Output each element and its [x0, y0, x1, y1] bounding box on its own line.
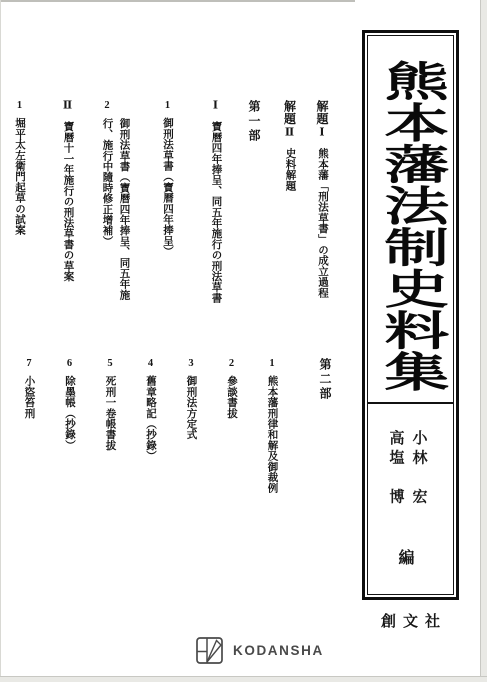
toc-item-text: 史料解題	[285, 148, 296, 191]
toc-item-text: 寶曆四年捧呈、同五年施行の刑法草書	[211, 121, 222, 303]
toc-item-number: 7	[24, 358, 35, 369]
toc-item: 第一部	[246, 100, 266, 380]
editors: 小林 宏 高塩 博 編	[368, 404, 453, 594]
toc-item: 2第一次草案ならびに編纂委員意見	[0, 100, 12, 380]
toc-item: Ⅰ寶曆四年捧呈、同五年施行の刑法草書	[207, 100, 237, 380]
toc-item: 2參談書拔	[224, 358, 265, 638]
toc-item: Ⅱ寶曆十一年施行の刑法草書の草案	[59, 100, 89, 380]
page-edge-left	[0, 0, 1, 682]
toc-part2-block: 第二部1熊本藩刑律和解及御裁例2參談書拔3御刑法方定式4舊章略記（抄錄）5死刑一…	[0, 358, 333, 638]
toc-item-number: 2	[102, 100, 113, 111]
toc-item-number: 5	[105, 358, 116, 369]
toc-item: 1御刑法草書（寶曆四年捧呈）	[160, 100, 203, 380]
toc-item: 2御刑法草書（寶曆四年捧呈、同五年施行、施行中隨時修正增補）	[99, 100, 160, 380]
editor-name: 高塩 博	[384, 430, 407, 508]
toc-item: 6除墨帳（抄錄）	[62, 358, 103, 638]
toc-item: 5死刑一卷帳書拔	[102, 358, 143, 638]
title-box-inner: 熊本藩法制史料集 小林 宏 高塩 博 編	[367, 35, 454, 595]
editor-names: 小林 宏 高塩 博	[384, 430, 430, 508]
editor-name: 小林 宏	[407, 430, 430, 508]
book-cover-page: 解題Ⅰ熊本藩「刑法草書」の成立過程解題Ⅱ史料解題第一部Ⅰ寶曆四年捧呈、同五年施行…	[0, 0, 487, 682]
publisher-name: 創文社	[362, 610, 459, 631]
book-title: 熊本藩法制史料集	[378, 60, 443, 402]
toc-item-number: 2	[226, 358, 237, 369]
toc-item-prefix: 解題	[315, 100, 329, 125]
kodansha-mark-icon	[196, 637, 223, 664]
toc-item-text: 除墨帳（抄錄）	[64, 376, 75, 451]
title-area: 熊本藩法制史料集	[368, 36, 453, 404]
toc-item-text: 死刑一卷帳書拔	[105, 376, 116, 451]
toc-item: 3御刑法方定式	[183, 358, 224, 638]
toc-item: 8釜田彌一右衛門上書堀平太左衛門返答之書付	[0, 358, 21, 638]
toc-item-prefix: 解題	[283, 100, 297, 125]
toc-item-number: 6	[64, 358, 75, 369]
toc-item-text: 舊章略記（抄錄）	[145, 376, 156, 462]
toc-item: 7小盜笞刑	[21, 358, 62, 638]
toc-item-text: 小盜笞刑	[24, 376, 35, 419]
toc-item-prefix: 第二部	[318, 358, 332, 402]
toc-item-text: 熊本藩「刑法草書」の成立過程	[317, 148, 328, 298]
toc-item-number: 4	[145, 358, 156, 369]
toc-item-prefix: 第一部	[247, 100, 261, 144]
page-edge-top	[0, 0, 355, 2]
page-edge-right	[480, 0, 487, 682]
toc-item: 1熊本藩刑律和解及御裁例	[264, 358, 305, 638]
title-box: 熊本藩法制史料集 小林 宏 高塩 博 編	[362, 30, 459, 600]
toc-item-text: 御刑法草書（寶曆四年捧呈）	[162, 118, 173, 257]
toc-item: 解題Ⅱ史料解題	[281, 100, 298, 380]
toc-item-number: 1	[267, 358, 278, 369]
toc-item-number: Ⅱ	[284, 127, 296, 138]
toc-part1-block: 解題Ⅰ熊本藩「刑法草書」の成立過程解題Ⅱ史料解題第一部Ⅰ寶曆四年捧呈、同五年施行…	[0, 100, 330, 380]
toc-item-number: 1	[14, 100, 25, 111]
toc-item-number: Ⅰ	[210, 100, 222, 111]
editor-role: 編	[368, 545, 445, 568]
toc-item: 解題Ⅰ熊本藩「刑法草書」の成立過程	[314, 100, 331, 380]
toc-item-text: 御刑法方定式	[186, 376, 197, 440]
toc-item: 第二部	[317, 358, 334, 638]
toc-item: 1堀平太左衛門起草の試案	[12, 100, 55, 380]
toc-item: 4舊章略記（抄錄）	[143, 358, 184, 638]
page-edge-bottom	[0, 676, 487, 682]
toc-item-text: 御刑法草書（寶曆四年捧呈、同五年施行、施行中隨時修正增補）	[99, 118, 133, 320]
toc-item-text: 熊本藩刑律和解及御裁例	[267, 376, 278, 494]
toc-item-text: 堀平太左衛門起草の試案	[14, 118, 25, 236]
toc-item-text: 參談書拔	[226, 376, 237, 419]
toc-item-number: Ⅰ	[316, 127, 328, 138]
toc-item-number: 1	[162, 100, 173, 111]
toc-item-number: 3	[186, 358, 197, 369]
kodansha-logo: KODANSHA	[196, 636, 324, 664]
toc-item-text: 寶曆十一年施行の刑法草書の草案	[63, 121, 74, 282]
toc-item-number: Ⅱ	[62, 100, 74, 111]
kodansha-logo-text: KODANSHA	[233, 643, 324, 658]
